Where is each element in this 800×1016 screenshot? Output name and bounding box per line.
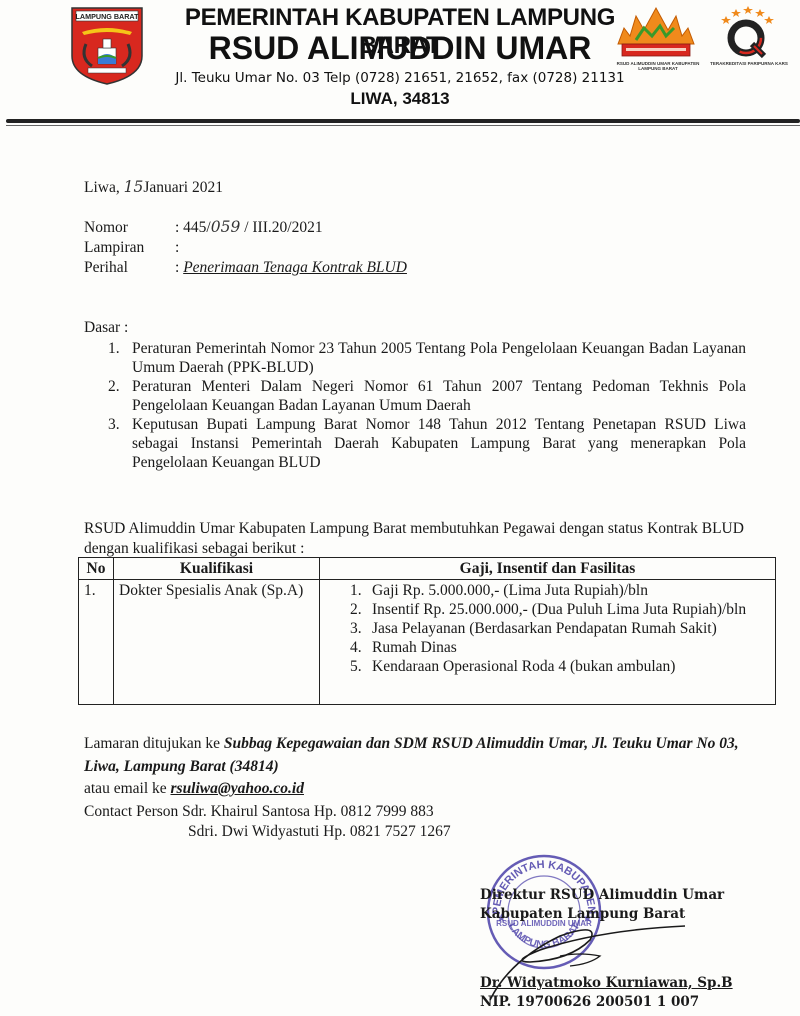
contact-person-2: Sdri. Dwi Widyastuti Hp. 0821 7527 1267	[188, 822, 451, 841]
dasar-item: 1.Peraturan Pemerintah Nomor 23 Tahun 20…	[108, 339, 746, 377]
letterhead-city: LIWA, 34813	[170, 89, 630, 109]
meta-value-nomor: : 445/059 / III.20/2021	[175, 218, 323, 237]
dasar-label: Dasar :	[84, 318, 128, 337]
column-header-benefits: Gaji, Insentif dan Fasilitas	[320, 558, 776, 580]
email-link[interactable]: rsuliwa@yahoo.co.id	[171, 780, 304, 797]
benefit-item: 3.Jasa Pelayanan (Berdasarkan Pendapatan…	[350, 619, 770, 638]
table-header-row: No Kualifikasi Gaji, Insentif dan Fasili…	[79, 558, 776, 580]
benefit-item: 4.Rumah Dinas	[350, 638, 770, 657]
column-header-no: No	[79, 558, 114, 580]
meta-label-perihal: Perihal	[84, 258, 174, 277]
column-header-kualifikasi: Kualifikasi	[114, 558, 320, 580]
cell-no: 1.	[79, 580, 114, 705]
dasar-item: 3.Keputusan Bupati Lampung Barat Nomor 1…	[108, 415, 746, 472]
intro-paragraph: RSUD Alimuddin Umar Kabupaten Lampung Ba…	[84, 519, 774, 559]
meta-label-lampiran: Lampiran	[84, 238, 174, 257]
handwritten-number: 059	[211, 218, 241, 236]
dasar-list: 1.Peraturan Pemerintah Nomor 23 Tahun 20…	[108, 339, 746, 472]
dasar-item: 2.Peraturan Menteri Dalam Negeri Nomor 6…	[108, 377, 746, 415]
signatory-name: Dr. Widyatmoko Kurniawan, Sp.B	[480, 975, 733, 991]
letterhead-divider-thin	[6, 125, 800, 126]
meta-value-perihal: : Penerimaan Tenaga Kontrak BLUD	[175, 258, 407, 277]
benefit-item: 5.Kendaraan Operasional Roda 4 (bukan am…	[350, 657, 770, 676]
rsud-logo-caption: RSUD ALIMUDDIN UMAR KABUPATEN LAMPUNG BA…	[608, 61, 708, 71]
kars-accreditation-logo	[718, 4, 774, 60]
table-row: 1. Dokter Spesialis Anak (Sp.A) 1.Gaji R…	[79, 580, 776, 705]
lampung-barat-crest-logo: LAMPUNG BARAT	[70, 6, 144, 86]
cell-kualifikasi: Dokter Spesialis Anak (Sp.A)	[114, 580, 320, 705]
signatory-nip: NIP. 19700626 200501 1 007	[480, 994, 699, 1010]
cell-benefits: 1.Gaji Rp. 5.000.000,- (Lima Juta Rupiah…	[320, 580, 776, 705]
svg-text:LAMPUNG BARAT: LAMPUNG BARAT	[76, 12, 140, 21]
benefit-item: 2.Insentif Rp. 25.000.000,- (Dua Puluh L…	[350, 600, 770, 619]
qualification-table: No Kualifikasi Gaji, Insentif dan Fasili…	[78, 557, 776, 705]
subject-text: Penerimaan Tenaga Kontrak BLUD	[183, 259, 407, 276]
benefit-item: 1.Gaji Rp. 5.000.000,- (Lima Juta Rupiah…	[350, 581, 770, 600]
handwritten-day: 15	[124, 178, 144, 196]
meta-label-nomor: Nomor	[84, 218, 174, 237]
letterhead-hospital-name: RSUD ALIMUDDIN UMAR	[170, 30, 630, 67]
contact-person-1: Contact Person Sdr. Khairul Santosa Hp. …	[84, 803, 434, 820]
letter-date: Liwa, 15Januari 2021	[84, 178, 223, 197]
application-instructions: Lamaran ditujukan ke Subbag Kepegawaian …	[84, 733, 774, 823]
kars-logo-caption: TERAKREDITASI PARIPURNA KARS	[706, 61, 792, 66]
letterhead-address: Jl. Teuku Umar No. 03 Telp (0728) 21651,…	[160, 70, 640, 86]
meta-value-lampiran: :	[175, 238, 179, 257]
letterhead-divider	[6, 119, 800, 123]
rsud-siger-logo	[614, 6, 698, 62]
